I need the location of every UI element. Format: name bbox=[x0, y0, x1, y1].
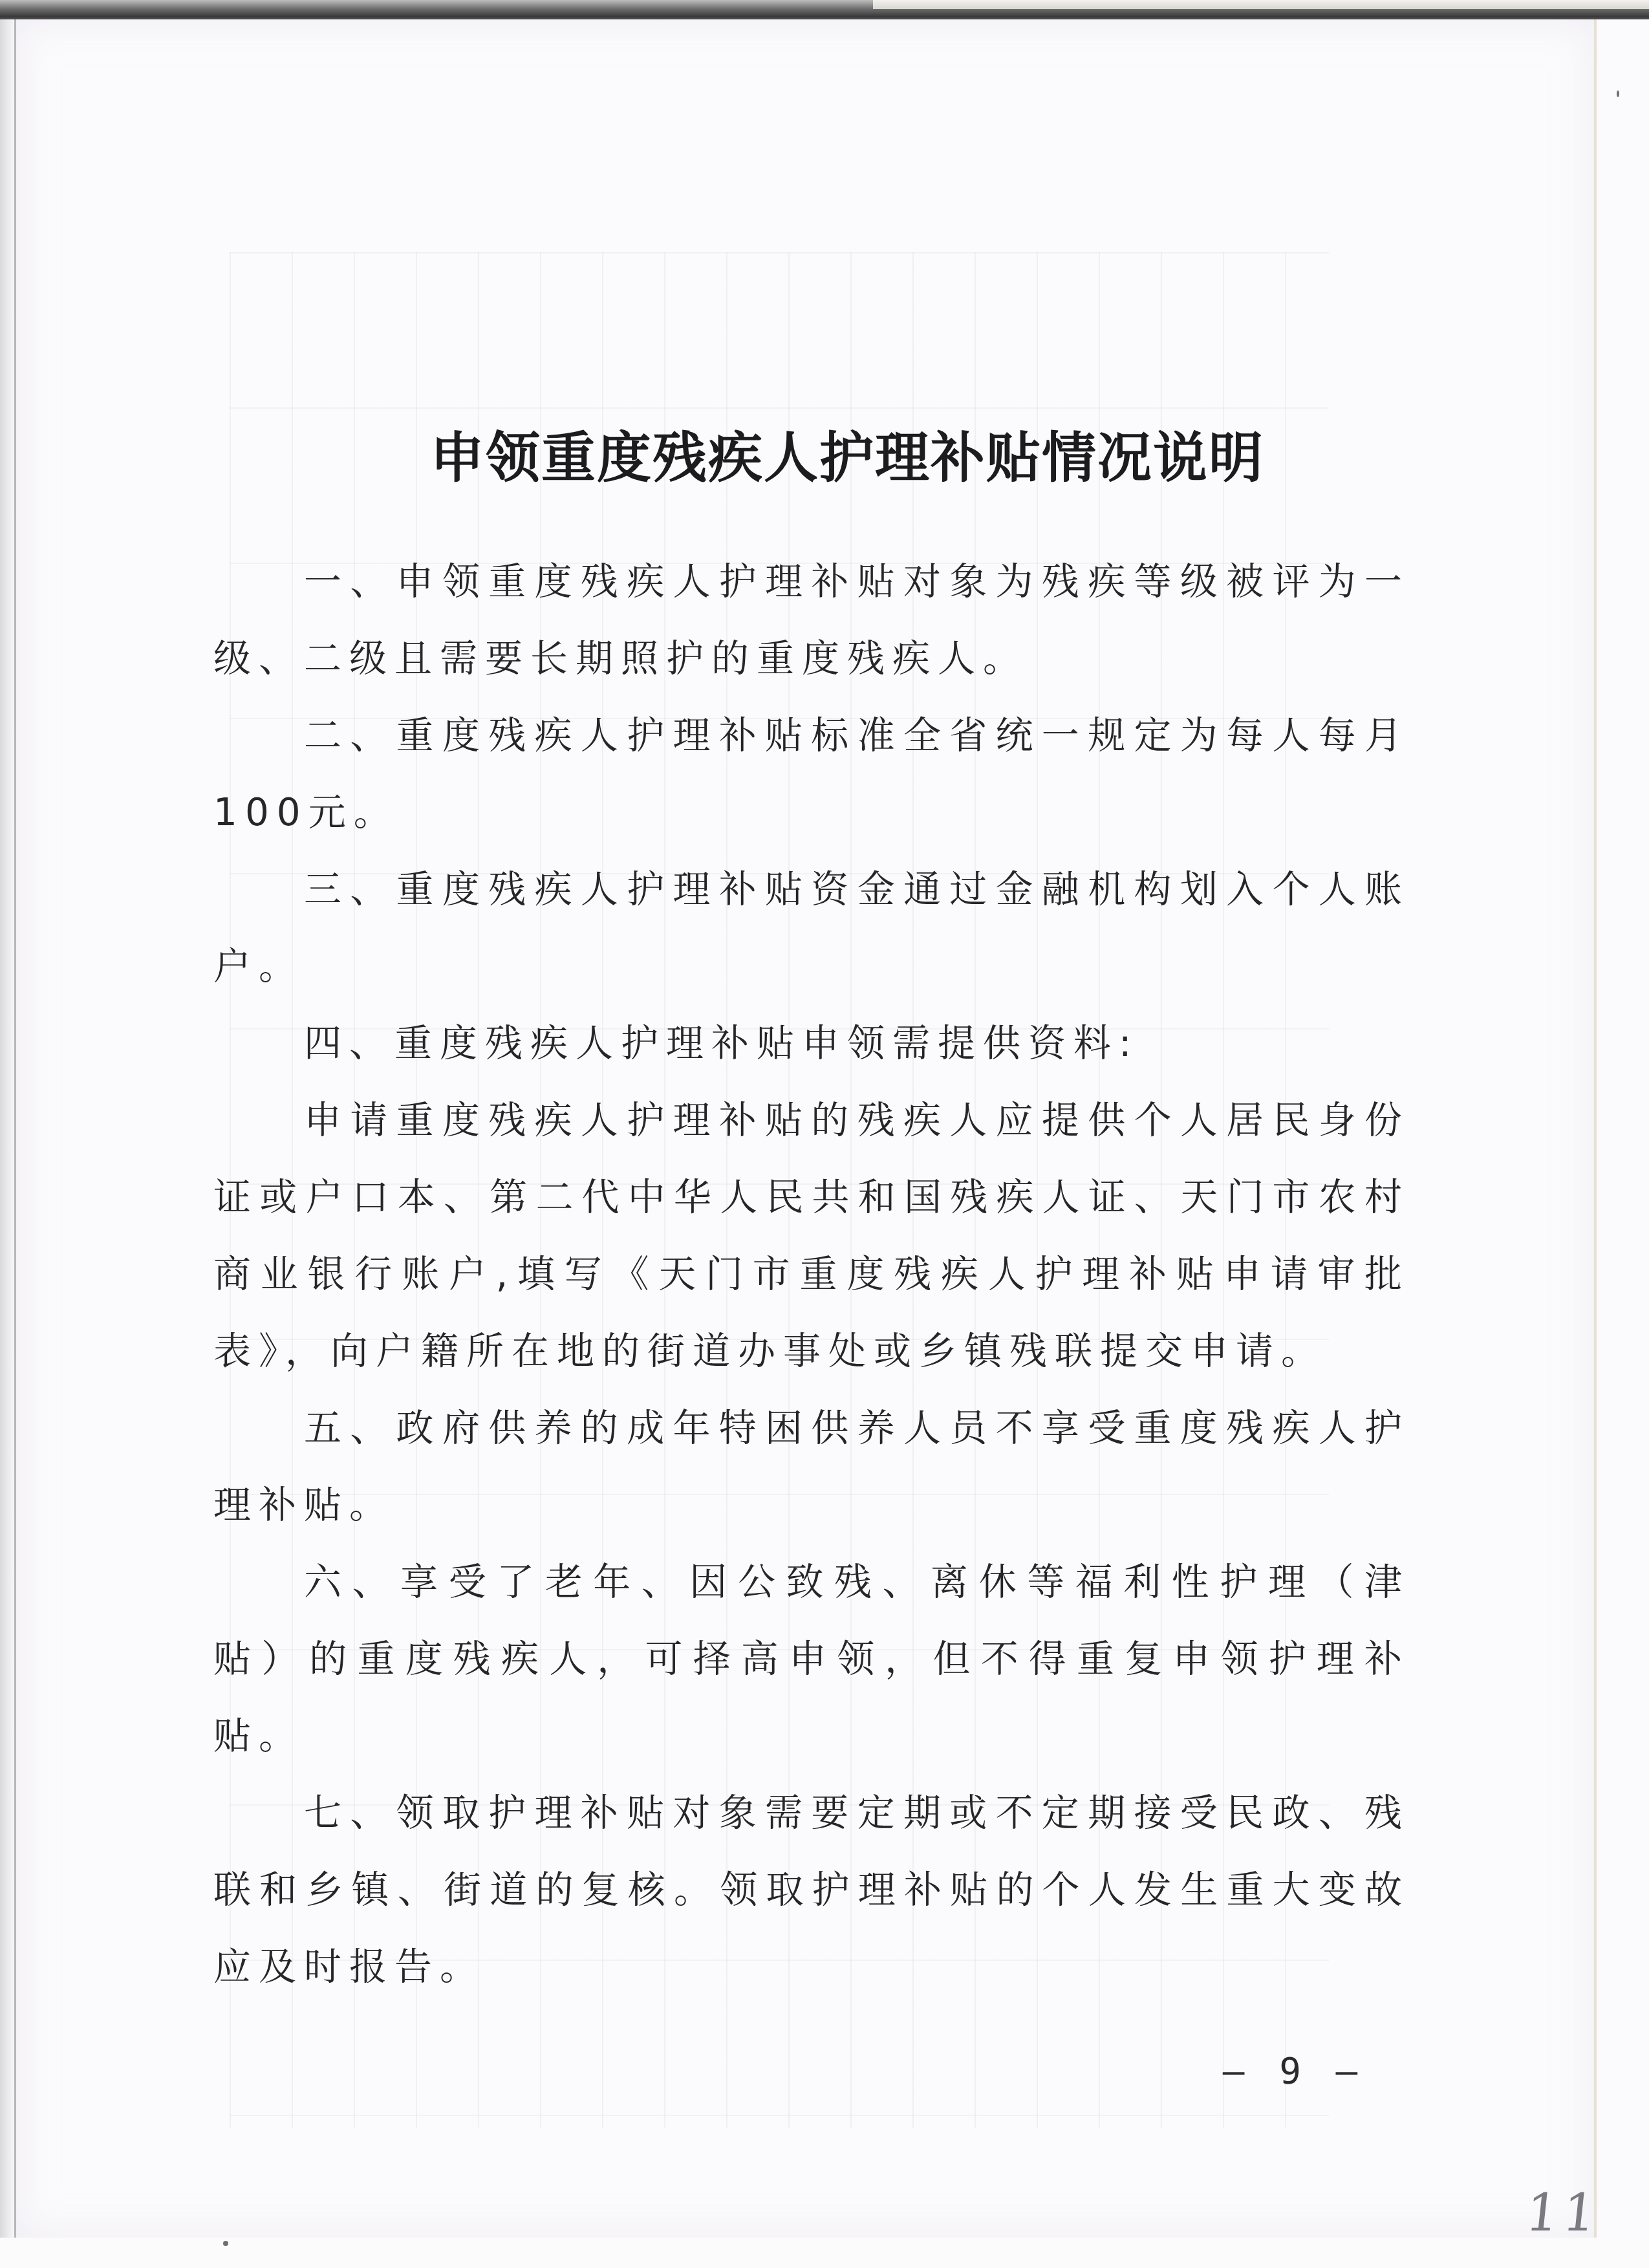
paragraph-1-eligibility: 一、申领重度残疾人护理补贴对象为残疾等级被评为一级、二级且需要长期照护的重度残疾… bbox=[213, 543, 1410, 697]
scan-speck bbox=[1617, 91, 1619, 97]
page-number: — 9 — bbox=[1222, 2050, 1364, 2092]
scan-speck bbox=[223, 2241, 228, 2246]
paragraph-4-materials-heading: 四、重度残疾人护理补贴申领需提供资料: bbox=[213, 1005, 1410, 1082]
document-title-text: 申领重度残疾人护理补贴情况说明 bbox=[430, 426, 1264, 490]
paragraph-3-payment: 三、重度残疾人护理补贴资金通过金融机构划入个人账户。 bbox=[213, 851, 1410, 1005]
paragraph-4-materials-detail: 申请重度残疾人护理补贴的残疾人应提供个人居民身份证或户口本、第二代中华人民共和国… bbox=[213, 1082, 1410, 1390]
document-title: 申领重度残疾人护理补贴情况说明 bbox=[0, 415, 1649, 493]
handwritten-page-mark: 11 bbox=[1523, 2183, 1603, 2243]
paragraph-2-standard: 二、重度残疾人护理补贴标准全省统一规定为每人每月 100元。 bbox=[213, 697, 1410, 851]
scanner-right-background bbox=[1597, 19, 1649, 2268]
scanner-top-edge bbox=[873, 0, 1649, 9]
paragraph-6-no-duplicate: 六、享受了老年、因公致残、离休等福利性护理（津贴）的重度残疾人，可择高申领，但不… bbox=[213, 1544, 1410, 1775]
paragraph-5-exclusion: 五、政府供养的成年特困供养人员不享受重度残疾人护理补贴。 bbox=[213, 1390, 1410, 1544]
scanner-left-edge bbox=[0, 19, 16, 2268]
paragraph-7-review: 七、领取护理补贴对象需要定期或不定期接受民政、残联和乡镇、街道的复核。领取护理补… bbox=[213, 1775, 1410, 2005]
document-body: 一、申领重度残疾人护理补贴对象为残疾等级被评为一级、二级且需要长期照护的重度残疾… bbox=[213, 543, 1410, 2005]
scanner-bottom-background bbox=[0, 2238, 1649, 2268]
